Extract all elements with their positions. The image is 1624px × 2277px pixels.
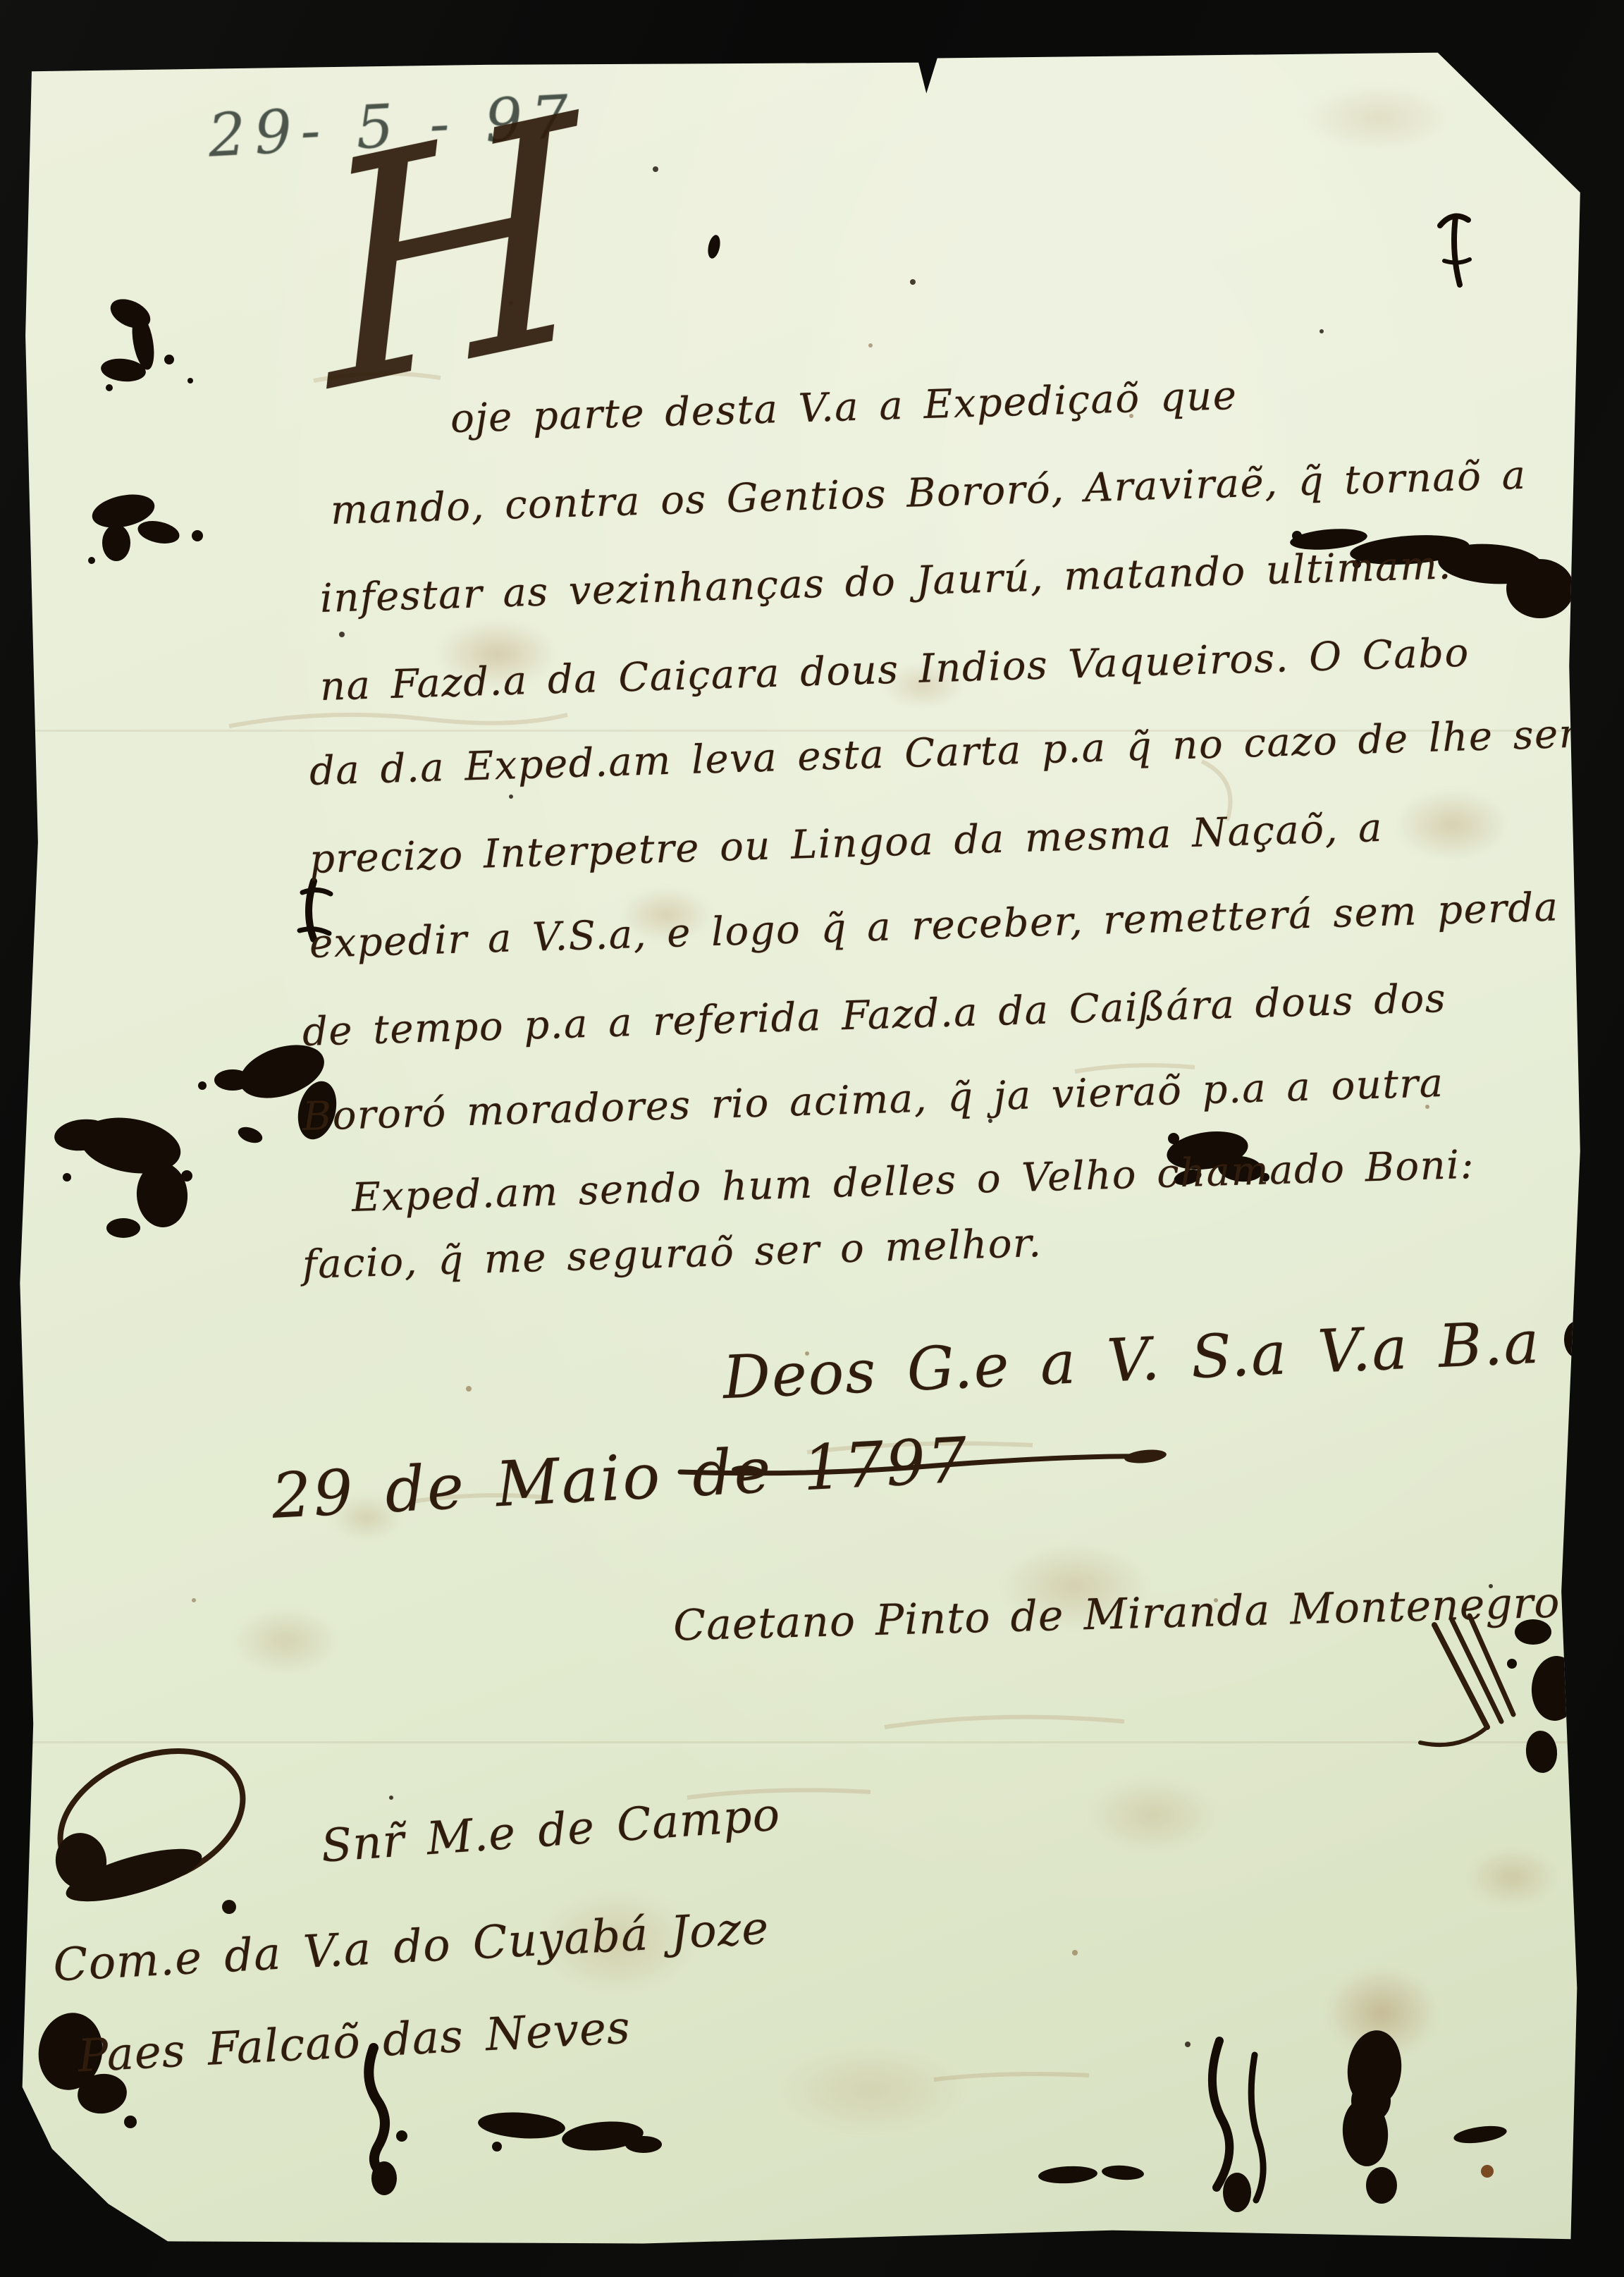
- ink-blot-bottom-center: [477, 2110, 662, 2154]
- ink-blot-left-mid: [88, 489, 203, 564]
- ink-blot-bottom-mid-small: [1038, 2164, 1144, 2185]
- ink-blot-bottom-drip: [369, 2048, 407, 2195]
- ink-blot-bottom-right-dash: [1453, 2123, 1508, 2178]
- ink-mark-above-line1: [706, 234, 722, 260]
- ink-blot-left-large-cluster: [53, 1036, 342, 1238]
- ink-mark-top-right: [1440, 216, 1470, 285]
- address-initial-flourish: [40, 1726, 263, 1914]
- drop-cap-initial: H: [315, 106, 591, 405]
- photograph-backdrop: 29- 5 - 97 H oje parte desta V.a a Exped…: [0, 0, 1624, 2277]
- ink-blot-left-upper: [100, 293, 193, 391]
- manuscript-page: 29- 5 - 97 H oje parte desta V.a a Exped…: [18, 49, 1582, 2252]
- ink-blot-right-edge: [1507, 1321, 1582, 1774]
- ink-blot-bottom-right-streaks: [1212, 2041, 1263, 2212]
- signature-flourish: [1420, 1616, 1513, 1745]
- ink-blot-bottom-right-large: [1340, 2027, 1405, 2204]
